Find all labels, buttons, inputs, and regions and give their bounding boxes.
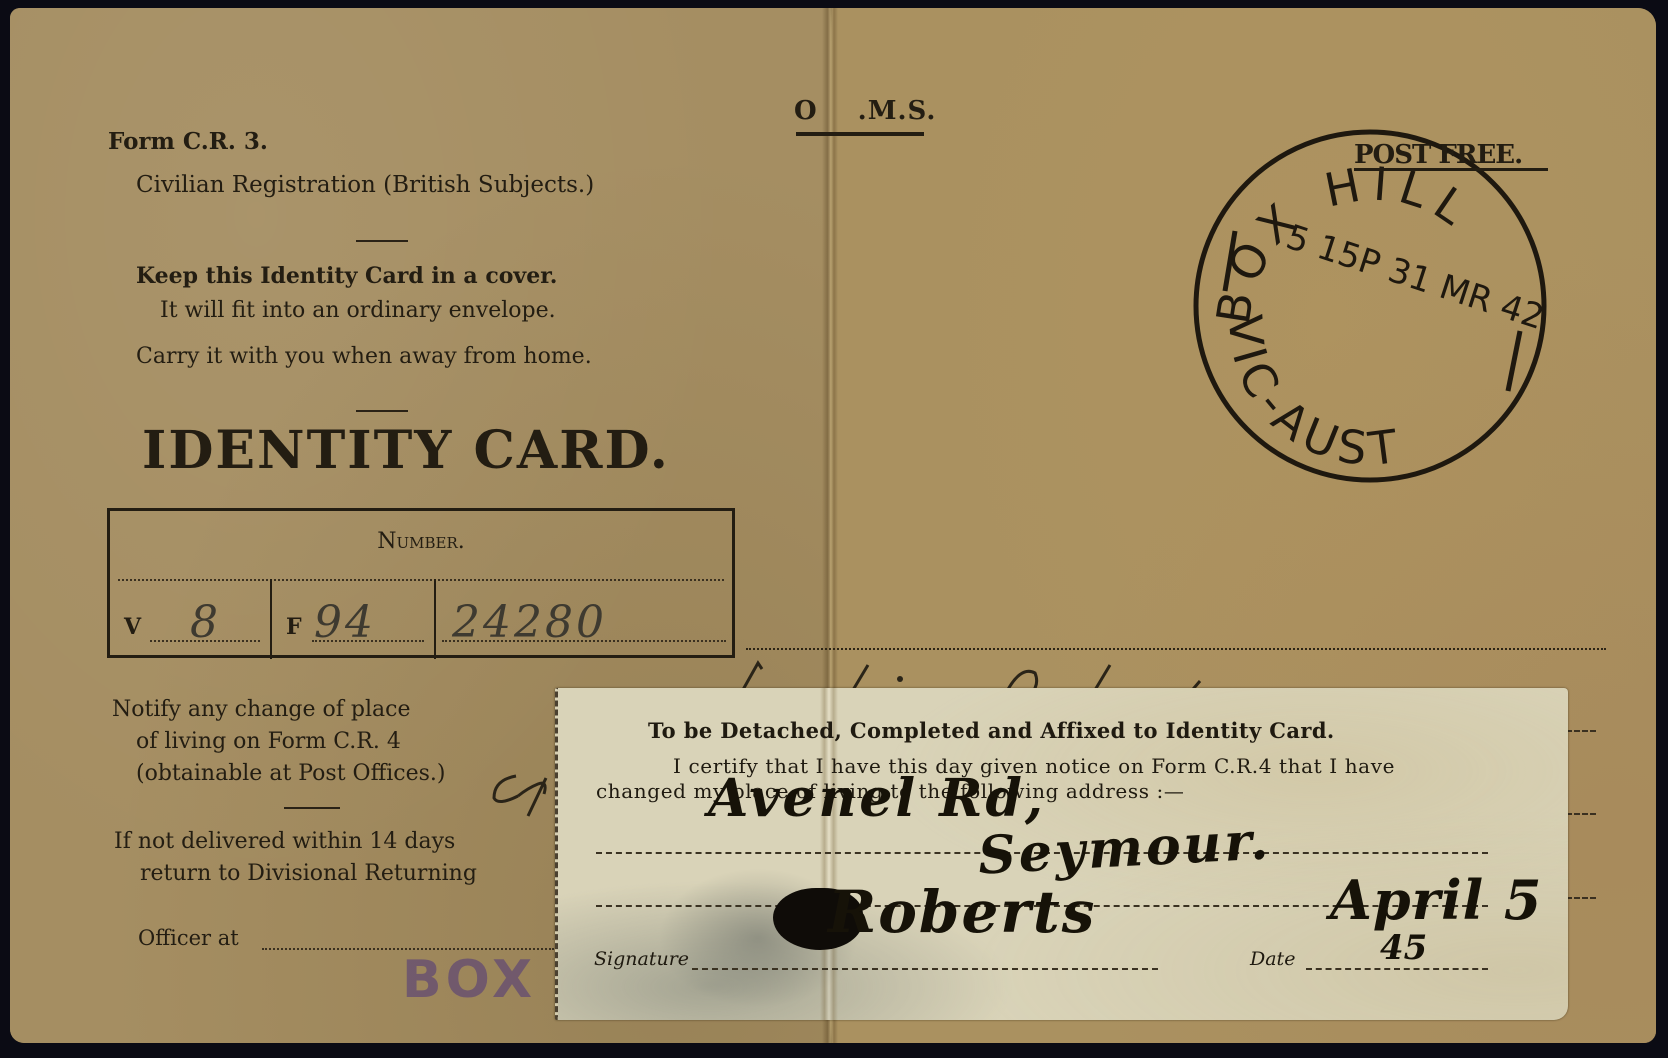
- return-notice: If not delivered within 14 days return t…: [114, 826, 477, 890]
- number-cell-main: 24280: [436, 579, 732, 654]
- signature-value: Roberts: [828, 878, 1096, 946]
- svg-text:5 15P 31 MR 42: 5 15P 31 MR 42: [1281, 217, 1548, 338]
- notify-line: of living on Form C.R. 4: [112, 726, 445, 758]
- instruction-carry: Carry it with you when away from home.: [136, 344, 592, 369]
- ohms-left: O: [794, 96, 818, 126]
- signature-label: Signature: [594, 948, 689, 970]
- date-line: [1306, 968, 1488, 970]
- date-value: April 5: [1330, 868, 1543, 932]
- officer-label: Officer at: [138, 926, 239, 950]
- ohms-underline: [796, 132, 924, 136]
- form-subtitle: Civilian Registration (British Subjects.…: [136, 172, 594, 198]
- date-label: Date: [1250, 948, 1295, 970]
- number-prefix: F: [286, 614, 302, 640]
- ohms-heading: O.M.S.: [794, 96, 936, 126]
- notify-line: (obtainable at Post Offices.): [112, 758, 445, 790]
- notify-line: Notify any change of place: [112, 694, 445, 726]
- address-line-1: Avenel Rd,: [708, 768, 1046, 829]
- number-cell-v: V 8: [110, 579, 270, 654]
- signature-line: [692, 968, 1158, 970]
- form-id: Form C.R. 3.: [108, 128, 268, 155]
- stub-line: [1566, 813, 1596, 815]
- return-line: If not delivered within 14 days: [114, 826, 477, 858]
- number-label: Number.: [110, 529, 732, 554]
- number-prefix: V: [124, 614, 141, 640]
- change-of-address-slip: To be Detached, Completed and Affixed to…: [555, 688, 1568, 1020]
- post-free-label: POST FREE.: [1354, 140, 1522, 170]
- instruction-keep: Keep this Identity Card in a cover.: [136, 263, 557, 289]
- svg-text:VIC-AUST: VIC-AUST: [1218, 313, 1406, 477]
- date-year: 45: [1380, 928, 1427, 968]
- handwriting-fragment: [488, 758, 558, 818]
- divider: [356, 240, 408, 242]
- card-title: IDENTITY CARD.: [142, 420, 670, 481]
- stub-line: [1566, 730, 1596, 732]
- notify-notice: Notify any change of place of living on …: [112, 694, 445, 790]
- ohms-right: .M.S.: [858, 96, 937, 126]
- number-cell-f: F 94: [272, 579, 432, 654]
- divider: [284, 807, 340, 809]
- number-value: 94: [314, 597, 376, 648]
- number-value: 24280: [452, 597, 607, 648]
- stub-line: [1566, 897, 1596, 899]
- number-value: 8: [190, 597, 221, 648]
- instruction-fit: It will fit into an ordinary envelope.: [160, 298, 556, 323]
- postmark-stamp: BOX HILL VIC-AUST 5 15P 31 MR 42: [1190, 126, 1550, 486]
- number-box: Number. V 8 F 94 24280: [107, 508, 735, 658]
- return-line: return to Divisional Returning: [114, 858, 477, 890]
- slip-title: To be Detached, Completed and Affixed to…: [648, 718, 1335, 743]
- divider: [356, 410, 408, 412]
- postmark-icon: BOX HILL VIC-AUST 5 15P 31 MR 42: [1190, 126, 1550, 486]
- post-free-underline: [1354, 168, 1548, 171]
- address-dotted-line: [746, 648, 1606, 650]
